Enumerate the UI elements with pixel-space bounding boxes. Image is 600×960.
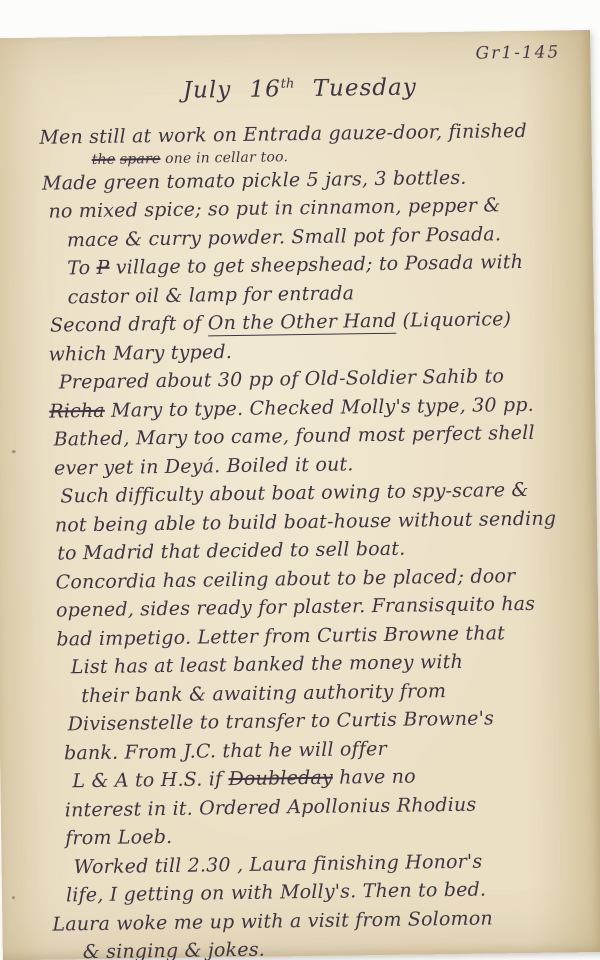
handwritten-text: Divisenstelle to transfer to Curtis Brow… <box>67 707 494 735</box>
date-month-day: July 16 <box>183 76 281 103</box>
date-heading: July 16th Tuesday <box>39 72 562 121</box>
manuscript-lines: Men still at work on Entrada gauze-door,… <box>39 116 573 960</box>
paper-speck <box>12 450 16 453</box>
handwritten-text: Prepared about 30 pp of Old-Soldier Sahi… <box>59 365 504 393</box>
manuscript-content: Gr1-145 July 16th Tuesday Men still at w… <box>38 34 573 951</box>
handwritten-text: bad impetigo. Letter from Curtis Browne … <box>56 622 505 650</box>
catalog-number-text: Gr1-145 <box>475 42 560 63</box>
handwritten-text: their bank & awaiting authority from <box>81 680 446 707</box>
handwritten-text: To <box>67 257 97 279</box>
handwritten-text: from Loeb. <box>65 826 172 849</box>
handwritten-text: Such difficulty about boat owing to spy-… <box>60 479 528 508</box>
handwritten-text: (Liquorice) <box>396 308 511 332</box>
handwritten-text: Worked till 2.30 , Laura finishing Honor… <box>73 850 482 878</box>
struck-word: spare <box>120 151 161 168</box>
handwritten-text: List has at least banked the money with <box>71 651 463 678</box>
handwritten-text: have no <box>333 766 416 789</box>
struck-word: P <box>96 257 109 279</box>
handwritten-text: village to get sheepshead; to Posada wit… <box>109 251 523 279</box>
handwritten-text: L & A to H.S. if <box>72 768 228 792</box>
struck-word: the <box>92 151 116 167</box>
handwritten-text: to Madrid that decided to sell boat. <box>57 538 405 565</box>
handwritten-text: castor oil & lamp for entrada <box>68 282 355 308</box>
struck-word: Doubleday <box>228 767 333 790</box>
date-ordinal-suffix: th <box>281 76 295 91</box>
handwritten-text: one in cellar too. <box>160 149 288 167</box>
handwritten-text: Laura woke me up with a visit from Solom… <box>52 907 493 935</box>
handwritten-text: Mary to type. Checked Molly's type, 30 p… <box>105 393 534 421</box>
handwritten-text: not being able to build boat-house witho… <box>55 507 557 536</box>
handwritten-text: no mixed spice; so put in cinnamon, pepp… <box>48 194 500 222</box>
handwritten-text: interest in it. Ordered Apollonius Rhodi… <box>65 793 477 821</box>
handwritten-text: opened, sides ready for plaster. Fransis… <box>56 593 535 622</box>
struck-word: Richa <box>49 399 105 422</box>
handwritten-text: Men still at work on Entrada gauze-door,… <box>39 120 527 149</box>
scanned-diary-page: { "colors":{ "paper":"#ebdfc4", "paper_e… <box>0 0 600 960</box>
paper-speck <box>12 896 15 899</box>
handwritten-text: & singing & jokes. <box>83 939 265 960</box>
date-weekday: Tuesday <box>313 74 417 101</box>
manuscript-paper: Gr1-145 July 16th Tuesday Men still at w… <box>0 30 600 960</box>
handwritten-text: life, I getting on with Molly's. Then to… <box>66 879 486 907</box>
handwritten-text: bank. From J.C. that he will offer <box>64 737 387 764</box>
handwritten-text: ever yet in Deyá. Boiled it out. <box>54 453 354 479</box>
handwritten-text: which Mary typed. <box>48 341 232 366</box>
handwritten-text: Bathed, Mary too came, found most perfec… <box>54 422 535 451</box>
handwritten-text: Made green tomato pickle 5 jars, 3 bottl… <box>42 166 467 194</box>
underlined-book-title: On the Other Hand <box>208 310 397 337</box>
handwritten-text: Second draft of <box>50 312 208 336</box>
handwritten-text: Concordia has ceiling about to be placed… <box>56 565 516 593</box>
handwritten-text: mace & curry powder. Small pot for Posad… <box>67 223 502 251</box>
